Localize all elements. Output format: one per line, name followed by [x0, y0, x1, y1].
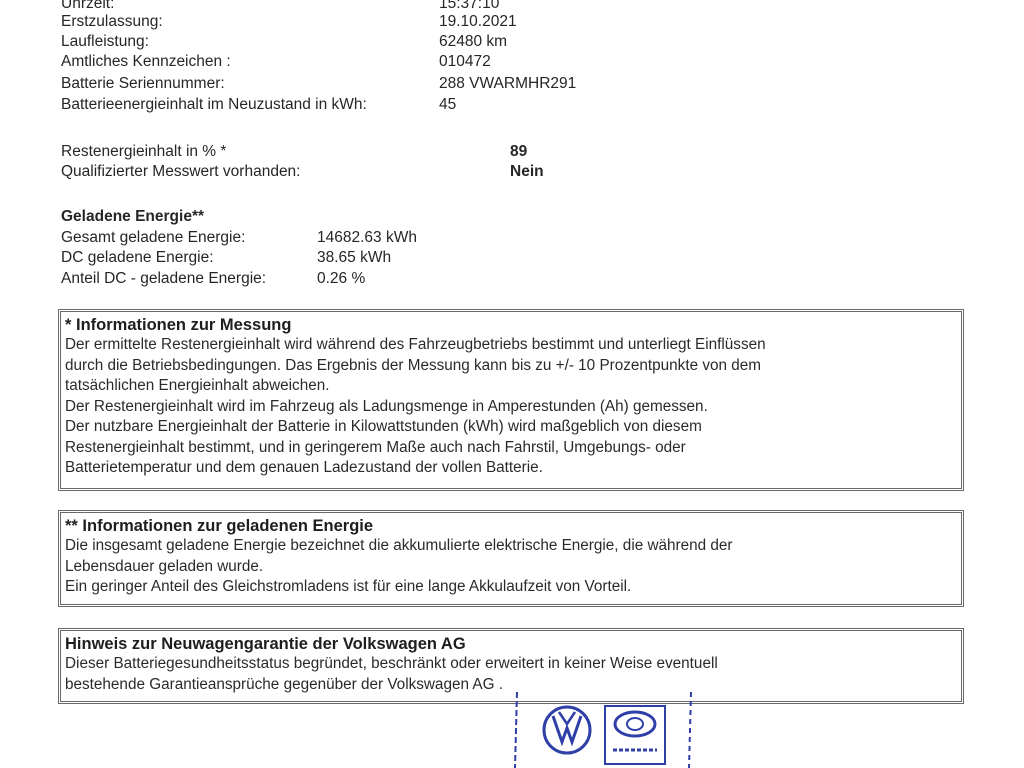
label-first-registration: Erstzulassung: [61, 12, 163, 32]
charged-energy-heading: Geladene Energie** [61, 207, 204, 227]
info-box-title: ** Informationen zur geladenen Energie [65, 516, 957, 536]
value-battery-capacity-new: 45 [439, 95, 456, 115]
value-remaining-energy: 89 [510, 142, 527, 162]
value-dc-share: 0.26 % [317, 269, 365, 289]
value-dc-charged: 38.65 kWh [317, 248, 391, 268]
info-box-line: Batterietemperatur und dem genauen Ladez… [65, 458, 957, 479]
label-remaining-energy: Restenergieinhalt in % * [61, 142, 226, 162]
value-battery-serial: 288 VWARMHR291 [439, 74, 576, 94]
label-battery-serial: Batterie Seriennummer: [61, 74, 225, 94]
info-box-line: Dieser Batteriegesundheitsstatus begründ… [65, 654, 957, 675]
info-box-line: Der nutzbare Energieinhalt der Batterie … [65, 417, 957, 438]
info-box-title: Hinweis zur Neuwagengarantie der Volkswa… [65, 634, 957, 654]
dealer-stamp [505, 690, 705, 768]
info-box-line: Der ermittelte Restenergieinhalt wird wä… [65, 335, 957, 356]
value-license-plate: 010472 [439, 52, 491, 72]
info-box-line: durch die Betriebsbedingungen. Das Ergeb… [65, 356, 957, 377]
info-box-line: Lebensdauer geladen wurde. [65, 557, 957, 578]
info-box-line: Die insgesamt geladene Energie bezeichne… [65, 536, 957, 557]
label-total-charged: Gesamt geladene Energie: [61, 228, 245, 248]
value-mileage: 62480 km [439, 32, 507, 52]
value-first-registration: 19.10.2021 [439, 12, 517, 32]
info-box-charged-energy: ** Informationen zur geladenen Energie D… [58, 510, 964, 607]
info-box-measurement: * Informationen zur Messung Der ermittel… [58, 309, 964, 491]
info-box-line: tatsächlichen Energieinhalt abweichen. [65, 376, 957, 397]
dealer-logo-stamp-icon [605, 706, 665, 764]
label-license-plate: Amtliches Kennzeichen : [61, 52, 231, 72]
info-box-line: Der Restenergieinhalt wird im Fahrzeug a… [65, 397, 957, 418]
label-battery-capacity-new: Batterieenergieinhalt im Neuzustand in k… [61, 95, 367, 115]
info-box-title: * Informationen zur Messung [65, 315, 957, 335]
label-dc-share: Anteil DC - geladene Energie: [61, 269, 266, 289]
value-total-charged: 14682.63 kWh [317, 228, 417, 248]
label-dc-charged: DC geladene Energie: [61, 248, 214, 268]
label-qualified-value: Qualifizierter Messwert vorhanden: [61, 162, 301, 182]
vw-logo-stamp-icon [544, 707, 590, 753]
value-qualified-value: Nein [510, 162, 544, 182]
info-box-line: Restenergieinhalt bestimmt, und in gerin… [65, 438, 957, 459]
label-mileage: Laufleistung: [61, 32, 149, 52]
info-box-line: Ein geringer Anteil des Gleichstromladen… [65, 577, 957, 598]
